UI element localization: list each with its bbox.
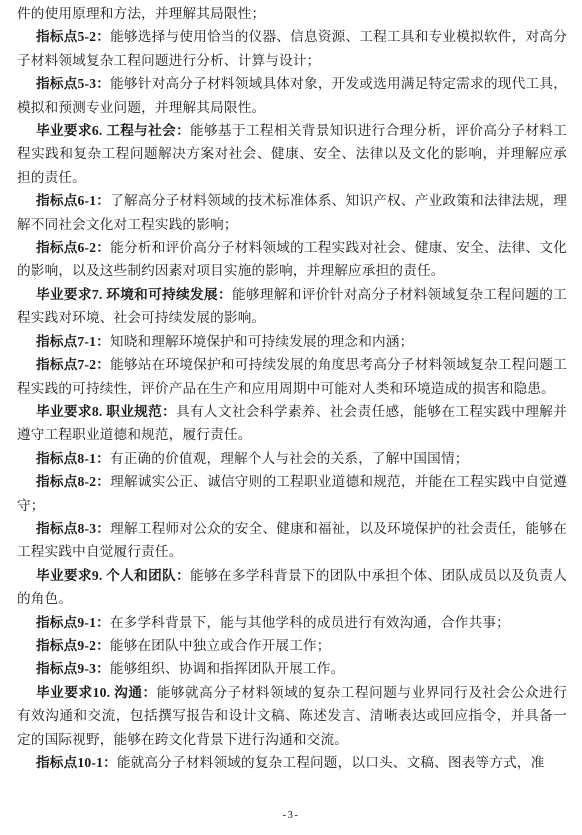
para-requirement-9: 毕业要求9. 个人和团队：能够在多学科背景下的团队中承担个体、团队成员以及负责人…: [17, 564, 567, 611]
para-indicator-9-3: 指标点9-3：能够组织、协调和指挥团队开展工作。: [17, 657, 567, 680]
para-body: 件的使用原理和方法，并理解其局限性；: [17, 6, 265, 21]
para-prefix: 毕业要求6. 工程与社会：: [36, 123, 190, 138]
para-prefix: 毕业要求10. 沟通：: [36, 685, 157, 700]
para-indicator-9-2: 指标点9-2：能够在团队中独立或合作开展工作；: [17, 634, 567, 657]
para-indicator-5-3: 指标点5-3：能够针对高分子材料领域具体对象，开发或选用满足特定需求的现代工具，…: [17, 72, 567, 119]
para-continuation: 件的使用原理和方法，并理解其局限性；: [17, 2, 567, 25]
para-indicator-9-1: 指标点9-1：在多学科背景下，能与其他学科的成员进行有效沟通，合作共事；: [17, 611, 567, 634]
para-indicator-7-1: 指标点7-1：知晓和理解环境保护和可持续发展的理念和内涵；: [17, 330, 567, 353]
para-indicator-8-2: 指标点8-2：理解诚实公正、诚信守则的工程职业道德和规范，并能在工程实践中自觉遵…: [17, 470, 567, 517]
para-prefix: 指标点5-3：: [36, 76, 110, 91]
document-body: 件的使用原理和方法，并理解其局限性； 指标点5-2：能够选择与使用恰当的仪器、信…: [17, 2, 567, 774]
para-body: 知晓和理解环境保护和可持续发展的理念和内涵；: [110, 334, 413, 349]
para-prefix: 指标点5-2：: [36, 29, 110, 44]
para-indicator-6-2: 指标点6-2：能分析和评价高分子材料领域的工程实践对社会、健康、安全、法律、文化…: [17, 236, 567, 283]
para-requirement-10: 毕业要求10. 沟通：能够就高分子材料领域的复杂工程问题与业界同行及社会公众进行…: [17, 681, 567, 751]
para-prefix: 指标点8-2：: [36, 474, 110, 489]
para-body: 能够在团队中独立或合作开展工作；: [110, 638, 331, 653]
para-body: 在多学科背景下，能与其他学科的成员进行有效沟通，合作共事；: [110, 615, 510, 630]
para-indicator-8-3: 指标点8-3：理解工程师对公众的安全、健康和福祉，以及环境保护的社会责任，能够在…: [17, 517, 567, 564]
para-prefix: 指标点10-1：: [36, 755, 117, 770]
para-prefix: 毕业要求9. 个人和团队：: [36, 568, 190, 583]
document-page: 件的使用原理和方法，并理解其局限性； 指标点5-2：能够选择与使用恰当的仪器、信…: [0, 0, 582, 835]
para-prefix: 指标点9-2：: [36, 638, 110, 653]
para-prefix: 指标点6-2：: [36, 240, 110, 255]
para-prefix: 指标点9-3：: [36, 661, 110, 676]
para-indicator-6-1: 指标点6-1：了解高分子材料领域的技术标准体系、知识产权、产业政策和法律法规，理…: [17, 189, 567, 236]
para-indicator-7-2: 指标点7-2：能够站在环境保护和可持续发展的角度思考高分子材料领域复杂工程问题工…: [17, 353, 567, 400]
para-body: 能就高分子材料领域的复杂工程问题，以口头、文稿、图表等方式，准: [117, 755, 545, 770]
para-indicator-10-1: 指标点10-1：能就高分子材料领域的复杂工程问题，以口头、文稿、图表等方式，准: [17, 751, 567, 774]
para-requirement-6: 毕业要求6. 工程与社会：能够基于工程相关背景知识进行合理分析，评价高分子材料工…: [17, 119, 567, 189]
page-number: -3-: [0, 810, 582, 821]
para-prefix: 指标点8-3：: [36, 521, 110, 536]
para-indicator-8-1: 指标点8-1：有正确的价值观，理解个人与社会的关系，了解中国国情；: [17, 447, 567, 470]
para-requirement-8: 毕业要求8. 职业规范：具有人文社会科学素养、社会责任感，能够在工程实践中理解并…: [17, 400, 567, 447]
para-prefix: 指标点9-1：: [36, 615, 110, 630]
para-indicator-5-2: 指标点5-2：能够选择与使用恰当的仪器、信息资源、工程工具和专业模拟软件，对高分…: [17, 25, 567, 72]
para-body: 有正确的价值观，理解个人与社会的关系，了解中国国情；: [110, 451, 469, 466]
para-prefix: 毕业要求8. 职业规范：: [36, 404, 176, 419]
para-prefix: 指标点8-1：: [36, 451, 110, 466]
para-prefix: 毕业要求7. 环境和可持续发展：: [36, 287, 232, 302]
para-prefix: 指标点7-1：: [36, 334, 110, 349]
para-body: 能够组织、协调和指挥团队开展工作。: [110, 661, 345, 676]
para-prefix: 指标点7-2：: [36, 357, 110, 372]
para-prefix: 指标点6-1：: [36, 193, 110, 208]
para-requirement-7: 毕业要求7. 环境和可持续发展：能够理解和评价针对高分子材料领域复杂工程问题的工…: [17, 283, 567, 330]
